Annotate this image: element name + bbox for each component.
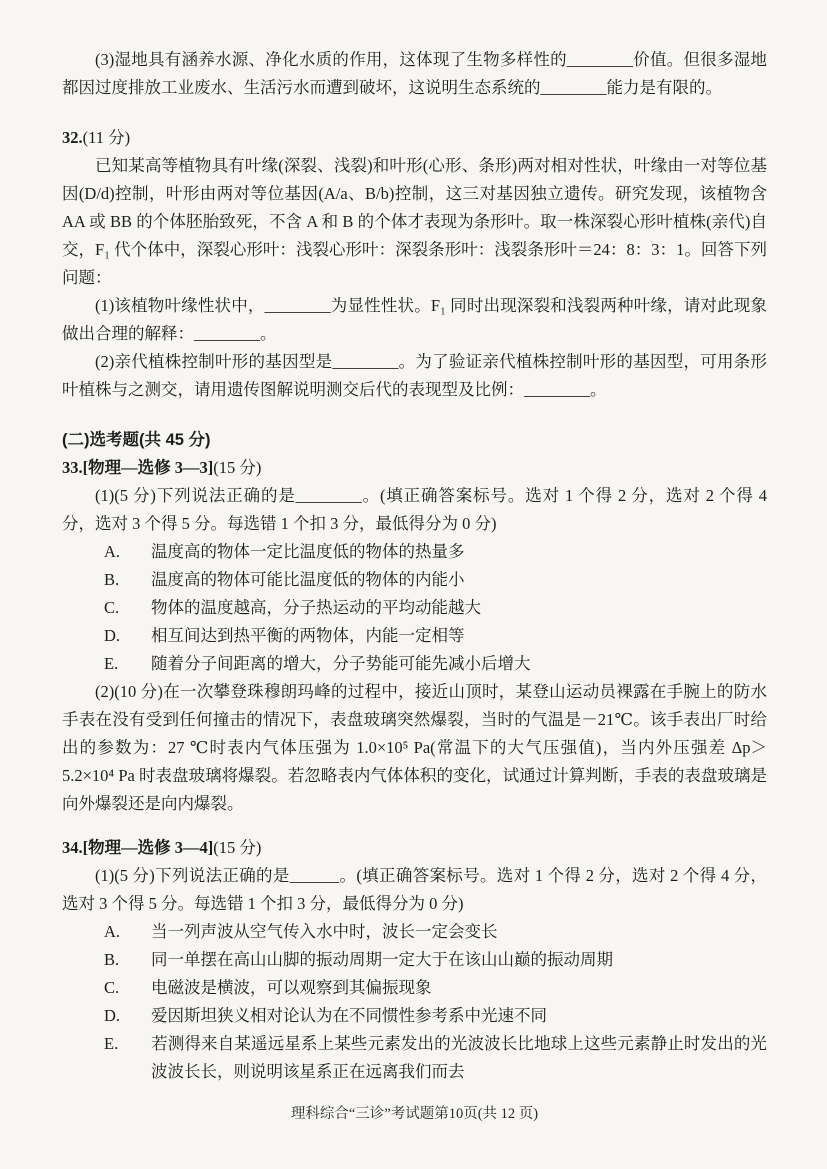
question-33-option-b: B.温度高的物体可能比温度低的物体的内能小 [62,566,767,594]
option-label: A. [104,538,151,566]
question-33-part1: (1)(5 分)下列说法正确的是________。(填正确答案标号。选对 1 个… [62,482,767,538]
question-33-option-a: A.温度高的物体一定比温度低的物体的热量多 [62,538,767,566]
question-34-option-e: E.若测得来自某遥远星系上某些元素发出的光波波长比地球上这些元素静止时发出的光波… [62,1030,767,1086]
option-label: A. [104,918,151,946]
option-text: 爱因斯坦狭义相对论认为在不同惯性参考系中光速不同 [151,1006,547,1025]
question-33-option-c: C.物体的温度越高，分子热运动的平均动能越大 [62,594,767,622]
option-label: C. [104,974,151,1002]
question-34-header: 34.[物理—选修 3—4](15 分) [62,834,767,862]
question-34-part1: (1)(5 分)下列说法正确的是______。(填正确答案标号。选对 1 个得 … [62,862,767,918]
exam-page: (3)湿地具有涵养水源、净化水质的作用，这体现了生物多样性的________价值… [0,0,827,1169]
option-text: 温度高的物体可能比温度低的物体的内能小 [151,570,465,589]
question-32-number: 32. [62,128,83,147]
question-33-part2: (2)(10 分)在一次攀登珠穆朗玛峰的过程中，接近山顶时，某登山运动员裸露在手… [62,678,767,818]
question-34-title: [物理—选修 3—4] [83,838,214,857]
option-label: E. [104,1030,151,1058]
question-34-score: (15 分) [213,838,261,857]
question-33-header: 33.[物理—选修 3—3](15 分) [62,454,767,482]
question-33-score: (15 分) [213,458,261,477]
question-34-option-c: C.电磁波是横波，可以观察到其偏振现象 [62,974,767,1002]
question-34-number: 34. [62,838,83,857]
option-text: 若测得来自某遥远星系上某些元素发出的光波波长比地球上这些元素静止时发出的光波波长… [151,1034,767,1081]
option-text: 温度高的物体一定比温度低的物体的热量多 [151,542,465,561]
question-32-intro: 已知某高等植物具有叶缘(深裂、浅裂)和叶形(心形、条形)两对相对性状，叶缘由一对… [62,152,767,292]
page-footer: 理科综合“三诊”考试题第10页(共 12 页) [62,1100,767,1128]
question-33-number: 33. [62,458,83,477]
section-2-title: (二)选考题(共 45 分) [62,426,767,454]
option-label: C. [104,594,151,622]
question-31-part3: (3)湿地具有涵养水源、净化水质的作用，这体现了生物多样性的________价值… [62,46,767,102]
option-text: 电磁波是横波，可以观察到其偏振现象 [151,978,432,997]
question-33-option-d: D.相互间达到热平衡的两物体，内能一定相等 [62,622,767,650]
question-34-option-b: B.同一单摆在高山山脚的振动周期一定大于在该山山巅的振动周期 [62,946,767,974]
option-label: D. [104,1002,151,1030]
question-32-part1: (1)该植物叶缘性状中，________为显性性状。F₁ 同时出现深裂和浅裂两种… [62,292,767,348]
question-34-option-d: D.爱因斯坦狭义相对论认为在不同惯性参考系中光速不同 [62,1002,767,1030]
question-32-score: (11 分) [83,128,131,147]
question-33-option-e: E.随着分子间距离的增大，分子势能可能先减小后增大 [62,650,767,678]
question-33-title: [物理—选修 3—3] [83,458,214,477]
option-label: E. [104,650,151,678]
option-text: 物体的温度越高，分子热运动的平均动能越大 [151,598,481,617]
option-text: 当一列声波从空气传入水中时，波长一定会变长 [151,922,498,941]
question-34-option-a: A.当一列声波从空气传入水中时，波长一定会变长 [62,918,767,946]
option-text: 相互间达到热平衡的两物体，内能一定相等 [151,626,465,645]
option-label: B. [104,566,151,594]
option-label: D. [104,622,151,650]
option-text: 随着分子间距离的增大，分子势能可能先减小后增大 [151,654,531,673]
option-text: 同一单摆在高山山脚的振动周期一定大于在该山山巅的振动周期 [151,950,613,969]
question-32-part2: (2)亲代植株控制叶形的基因型是________。为了验证亲代植株控制叶形的基因… [62,348,767,404]
question-32-header: 32.(11 分) [62,124,767,152]
option-label: B. [104,946,151,974]
